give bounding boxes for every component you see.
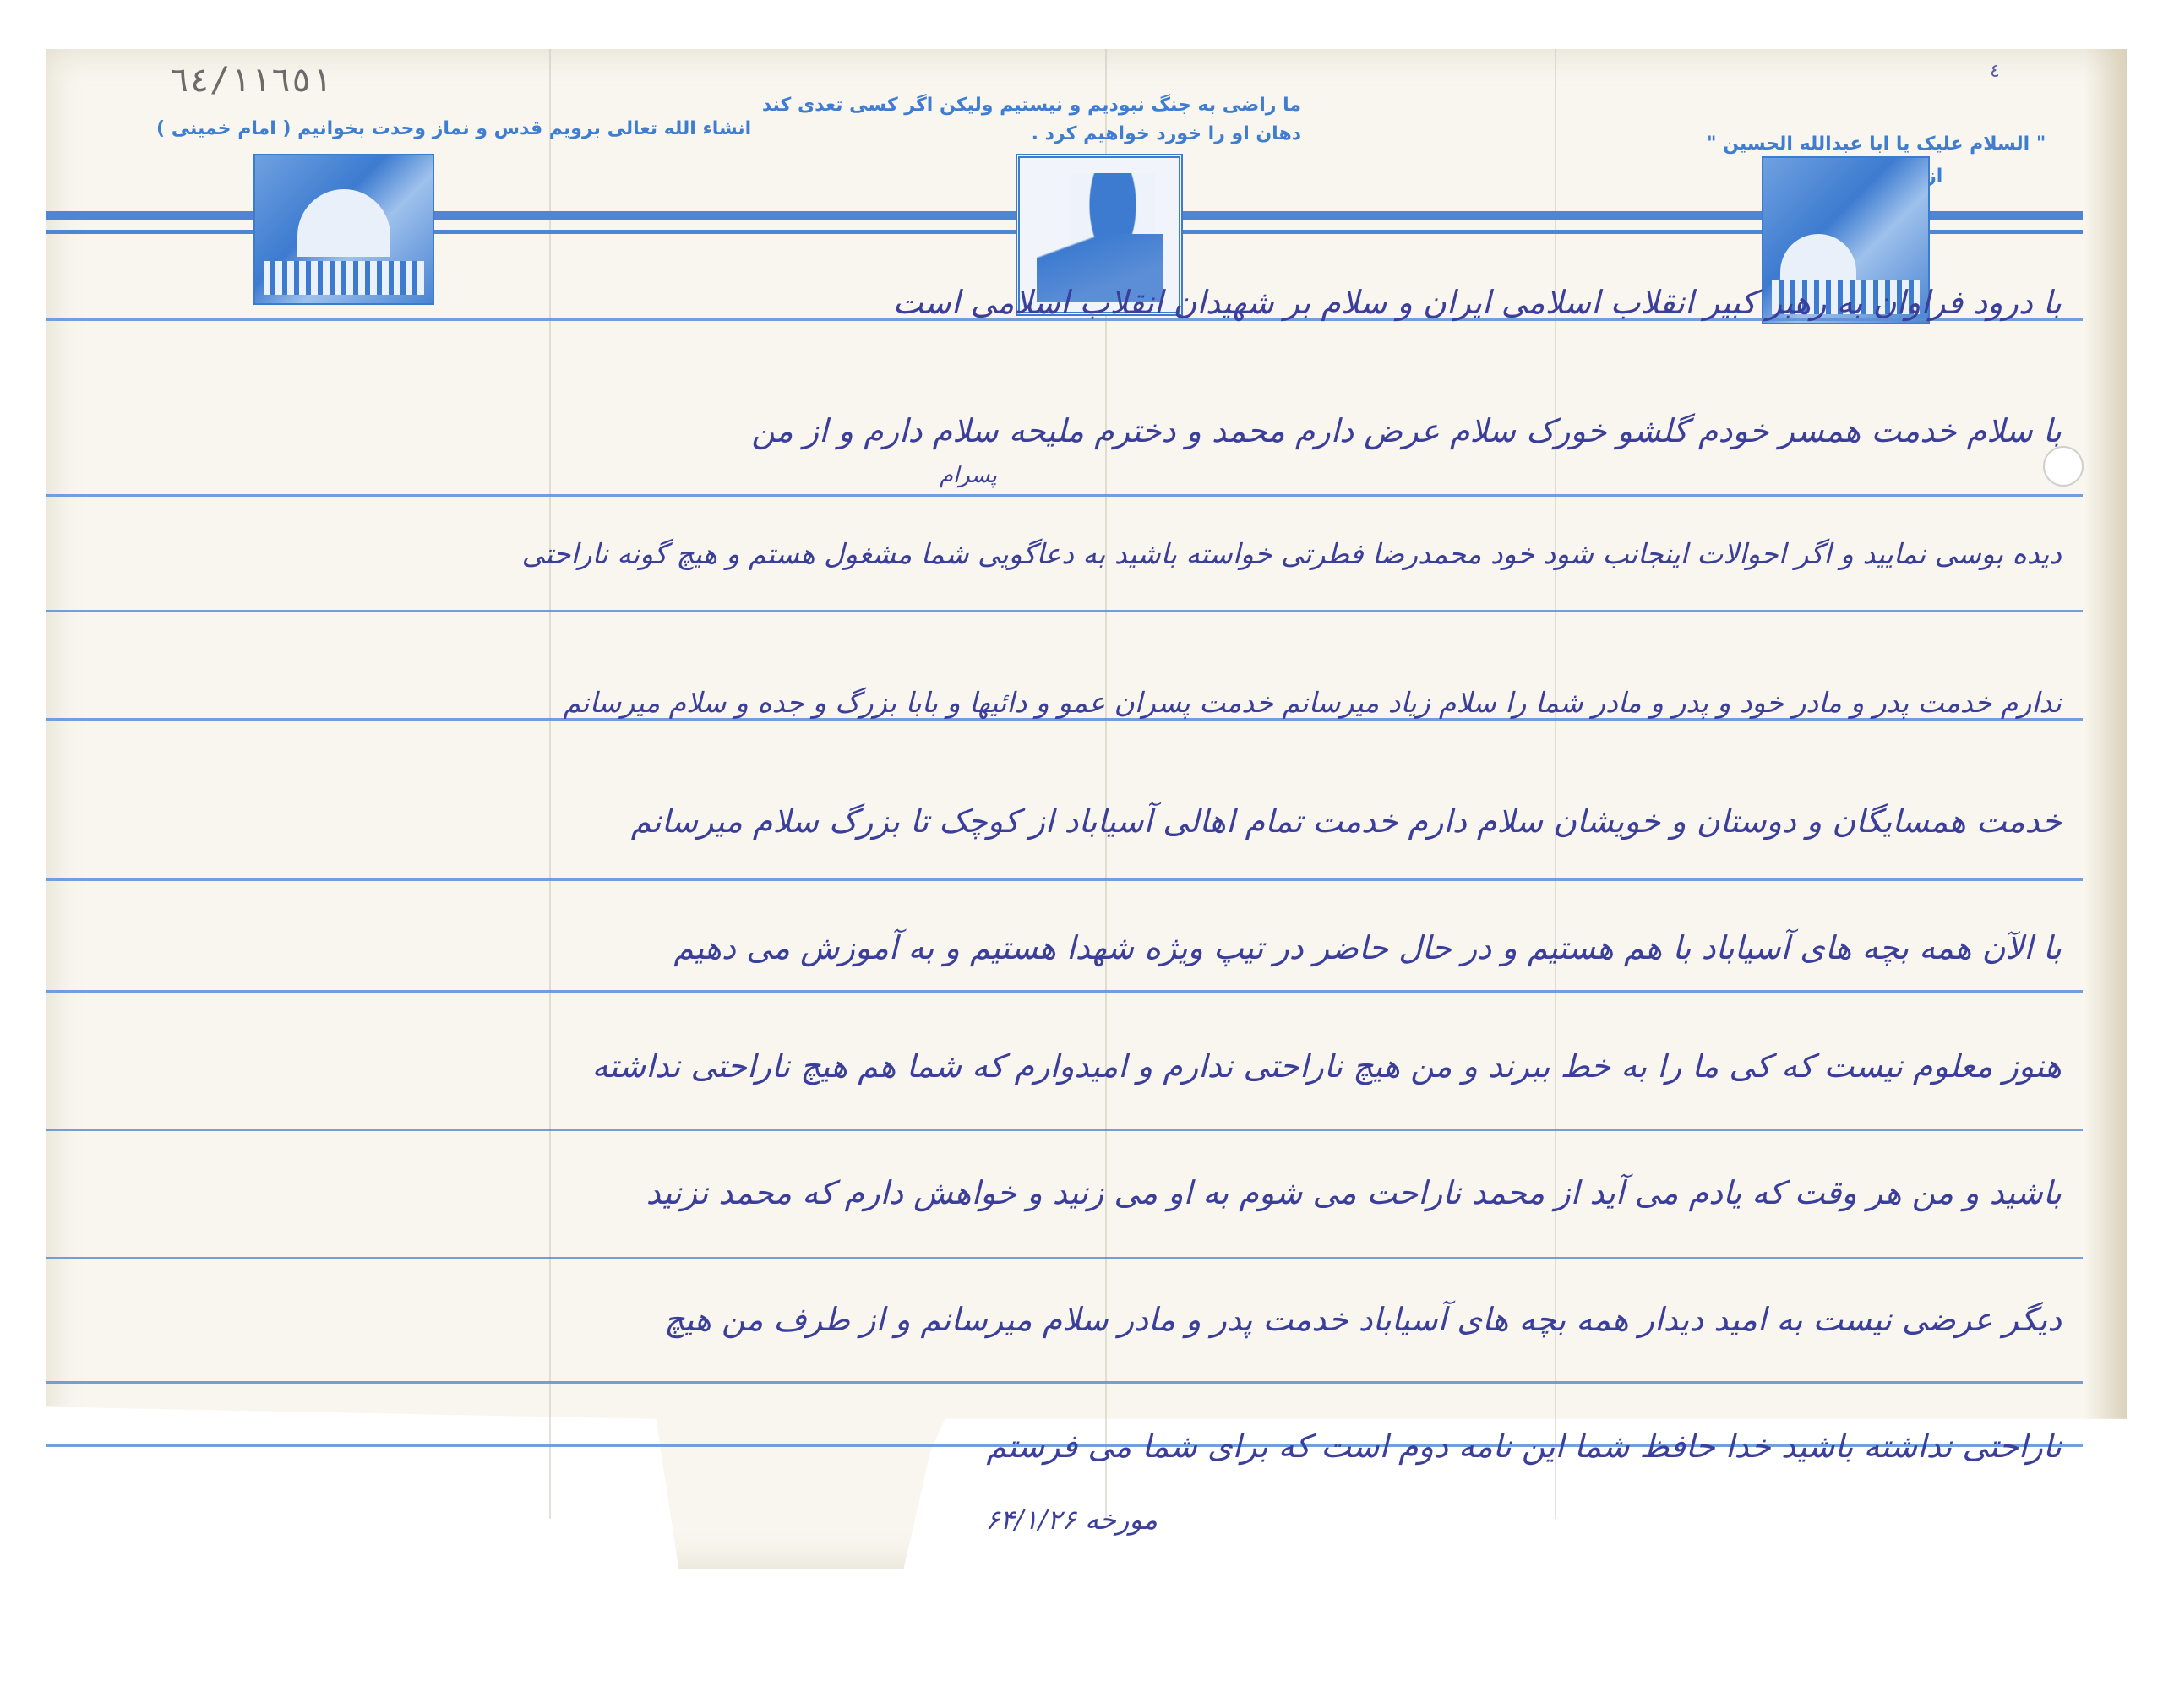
ruled-line — [46, 1381, 2083, 1384]
ruled-line — [46, 878, 2083, 881]
letterhead-left-quote: انشاء الله تعالی برویم قدس و نماز وحدت ب… — [156, 118, 751, 139]
ruled-line — [46, 990, 2083, 993]
dome-shape — [297, 189, 390, 257]
interlinear-note: پسرام — [940, 463, 997, 488]
letter-date: مورخه ۶۴/۱/۲۶ — [985, 1504, 1158, 1536]
letterhead-right-quote: " السلام علیک یا ابا عبدالله الحسین " — [1707, 133, 2046, 155]
handwritten-line: دیده بوسی نمایید و اگر احوالات اینجانب ش… — [522, 537, 2062, 570]
paper-fold — [1555, 49, 1556, 1519]
ruled-line — [46, 494, 2083, 497]
handwritten-line: باشید و من هر وقت که یادم می آید از محمد… — [646, 1174, 2062, 1211]
ruled-line — [46, 610, 2083, 612]
handwritten-line: هنوز معلوم نیست که کی ما را به خط ببرند … — [592, 1047, 2062, 1085]
letterhead-center-quote-2: دهان او را خورد خواهیم کرد . — [1014, 123, 1301, 144]
handwritten-line: با سلام خدمت همسر خودم گلشو خورک سلام عر… — [751, 412, 2062, 449]
dome-of-the-rock-image — [253, 154, 434, 305]
handwritten-line: ناراحتی نداشته باشید خدا حافظ شما این نا… — [986, 1428, 2062, 1465]
page-mark: ٤ — [1990, 61, 2000, 82]
handwritten-line: با الآن همه بچه های آسیاباد با هم هستیم … — [673, 929, 2062, 966]
handwritten-line: خدمت همسایگان و دوستان و خویشان سلام دار… — [631, 802, 2062, 840]
ruled-line — [46, 1257, 2083, 1259]
handwritten-line: دیگر عرضی نیست به امید دیدار همه بچه های… — [664, 1301, 2062, 1338]
paper-fold — [549, 49, 551, 1519]
punch-hole — [2043, 446, 2084, 487]
handwritten-line: با درود فراوان به رهبر کبیر انقلاب اسلام… — [893, 284, 2062, 321]
handwritten-line: ندارم خدمت پدر و مادر خود و پدر و مادر ش… — [563, 686, 2062, 719]
dome-shape — [1780, 234, 1856, 285]
letterhead-center-quote-1: ما راضی به جنگ نبودیم و نیستیم ولیکن اگر… — [1014, 95, 1301, 116]
arches-shape — [264, 261, 424, 295]
archive-number: ٦٤/١١٦٥١ — [169, 61, 332, 100]
ruled-line — [46, 1129, 2083, 1131]
